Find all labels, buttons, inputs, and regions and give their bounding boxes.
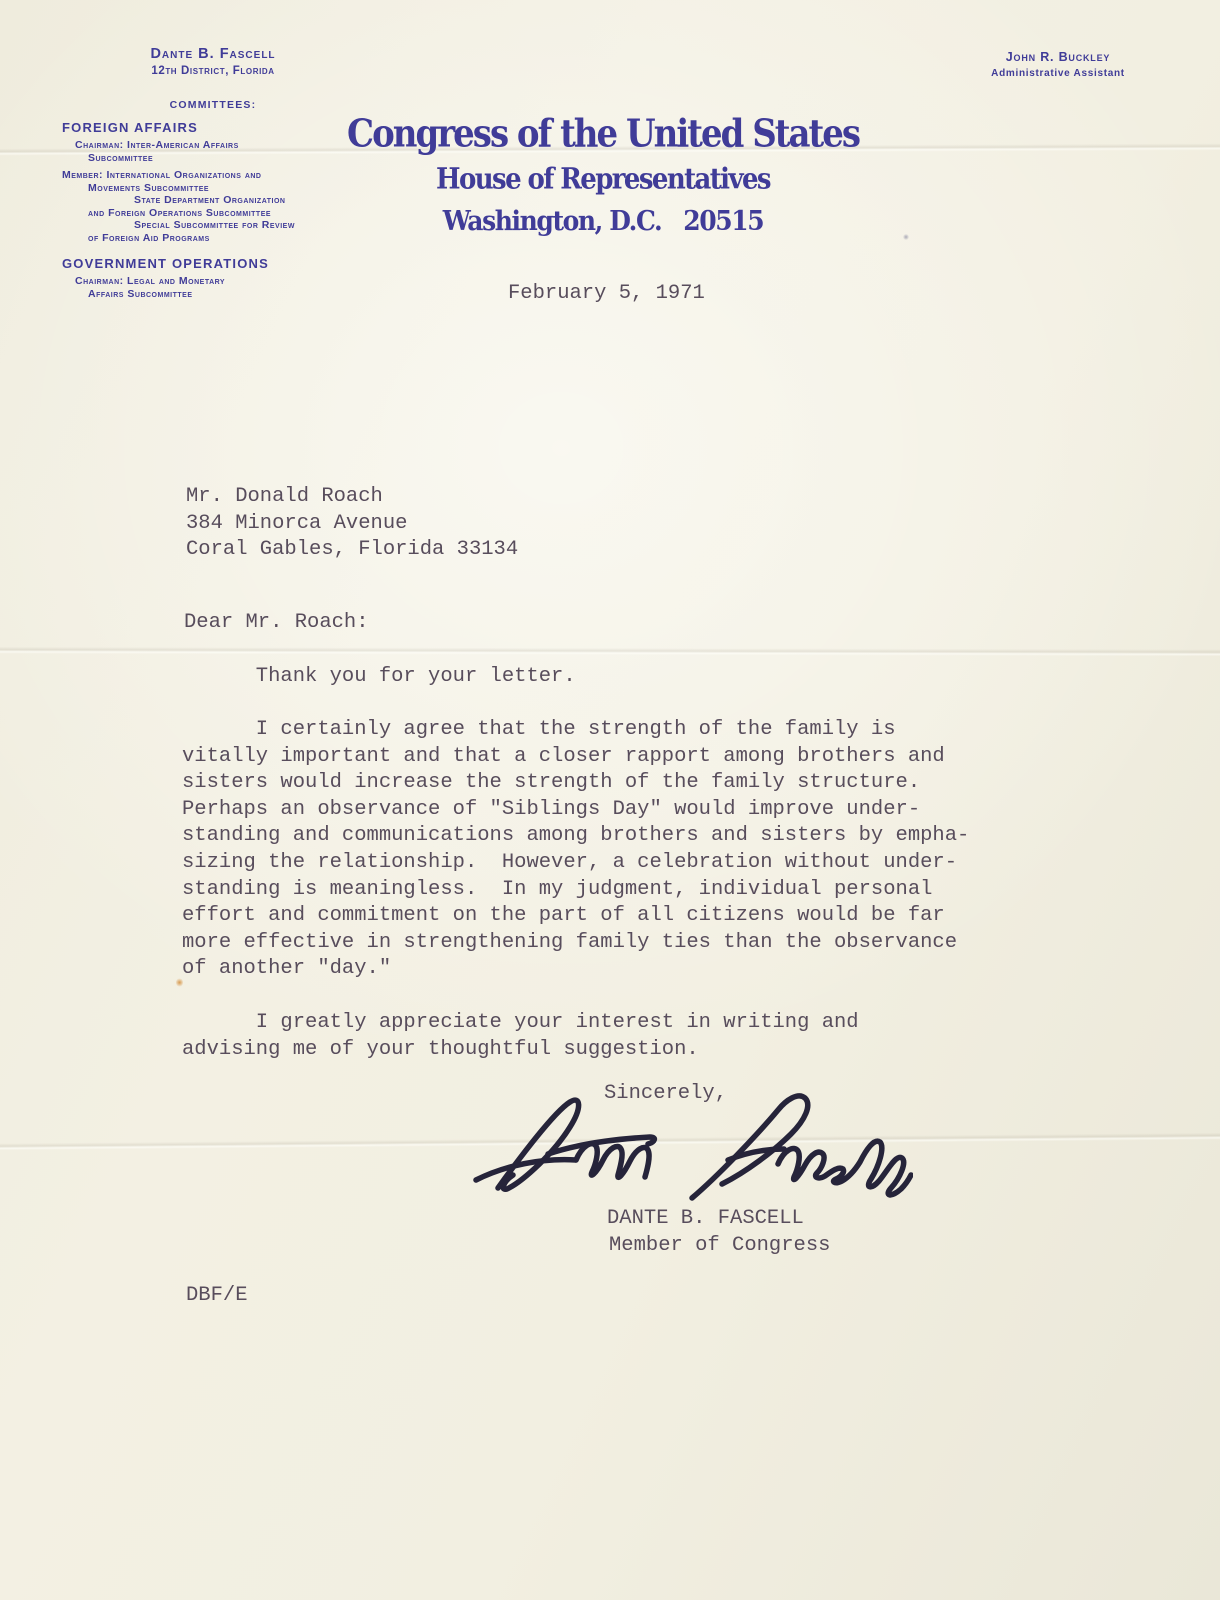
signer-title: Member of Congress [609,1233,830,1260]
masthead: Congress of the United States House of R… [0,110,1206,234]
committee-line: Affairs Subcommittee [88,288,364,301]
committee-group-title: GOVERNMENT OPERATIONS [62,256,364,271]
congressman-district: 12th District, Florida [62,65,364,78]
body-paragraph-3: I greatly appreciate your interest in wr… [182,1010,859,1063]
body-paragraph-2: I certainly agree that the strength of t… [182,717,969,983]
congressman-name: Dante B. Fascell [62,46,364,63]
letter-date: February 5, 1971 [508,281,705,308]
reference-initials: DBF/E [186,1283,248,1310]
signature-autograph [468,1086,913,1211]
recipient-address: Mr. Donald Roach 384 Minorca Avenue Cora… [186,484,518,564]
letterhead-right-column: John R. Buckley Administrative Assistant [946,50,1170,80]
signer-typed-name: DANTE B. FASCELL [607,1206,804,1233]
paper-fold-crease-middle [0,647,1220,657]
masthead-house-line: House of Representatives [0,163,1206,197]
committee-group-government-operations: GOVERNMENT OPERATIONS Chairman: Legal an… [62,256,364,300]
assistant-title: Administrative Assistant [946,68,1170,80]
salutation: Dear Mr. Roach: [184,610,369,637]
body-paragraph-1: Thank you for your letter. [182,664,576,691]
letter-page: Dante B. Fascell 12th District, Florida … [0,0,1220,1600]
masthead-congress-line: Congress of the United States [0,110,1206,158]
committee-line: Chairman: Legal and Monetary [75,275,364,288]
masthead-washington-line: Washington, D.C. 20515 [0,205,1206,236]
assistant-name: John R. Buckley [946,50,1170,65]
